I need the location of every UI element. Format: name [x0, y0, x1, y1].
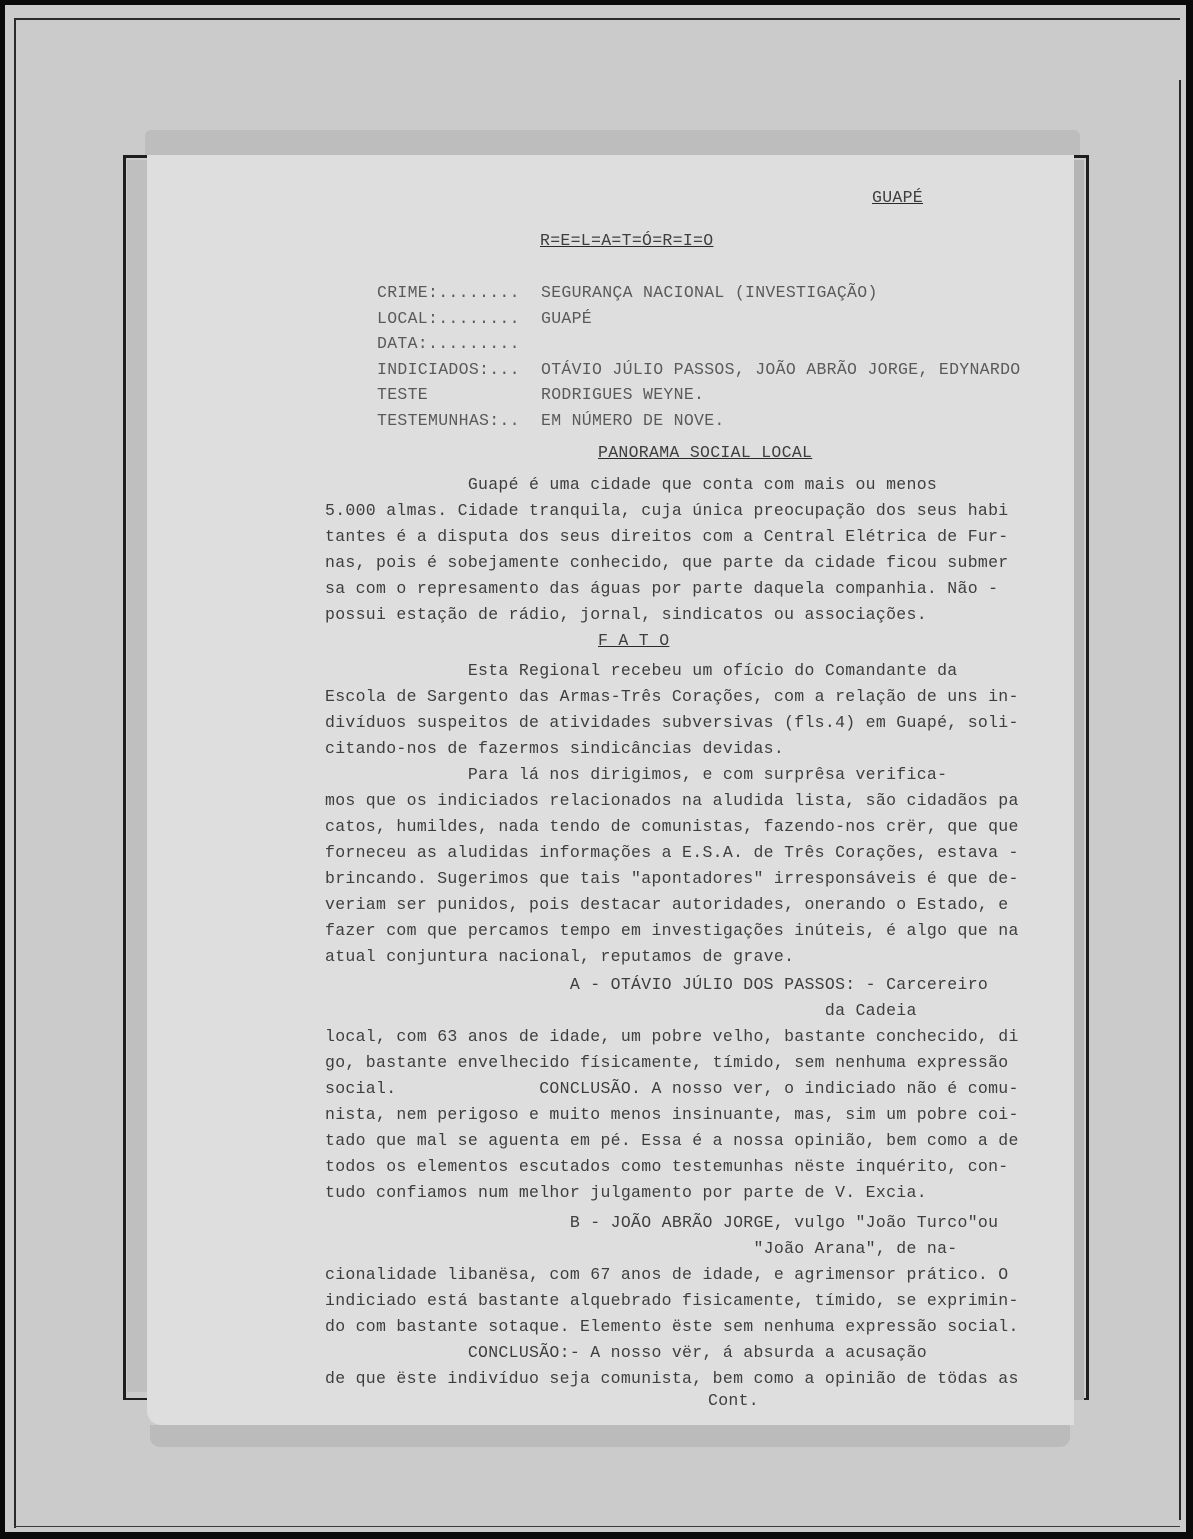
text-line: Esta Regional recebeu um ofício do Coman…	[325, 658, 1019, 684]
text-line: divíduos suspeitos de atividades subvers…	[325, 710, 1019, 736]
inner-frame-stripe	[127, 160, 147, 1392]
text-line: brincando. Sugerimos que tais "apontador…	[325, 866, 1019, 892]
section-b-body: B - JOÃO ABRÃO JORGE, vulgo "João Turco"…	[325, 1210, 1019, 1392]
field-value: GUAPÉ	[541, 306, 592, 332]
field-value: EM NÚMERO DE NOVE.	[541, 408, 725, 434]
frame-border-right	[1179, 80, 1181, 1520]
text-line: social. CONCLUSÃO. A nosso ver, o indici…	[325, 1076, 1019, 1102]
field-label: INDICIADOS:...	[377, 357, 520, 383]
text-line: Guapé é uma cidade que conta com mais ou…	[325, 472, 1009, 498]
text-line: indiciado está bastante alquebrado fisic…	[325, 1288, 1019, 1314]
text-line: 5.000 almas. Cidade tranquila, cuja únic…	[325, 498, 1009, 524]
field-label: LOCAL:........	[377, 306, 520, 332]
field-label: TESTE	[377, 382, 428, 408]
field-value: OTÁVIO JÚLIO PASSOS, JOÃO ABRÃO JORGE, E…	[541, 357, 1020, 383]
text-line: catos, humildes, nada tendo de comunista…	[325, 814, 1019, 840]
field-value: RODRIGUES WEYNE.	[541, 382, 704, 408]
field-label: DATA:.........	[377, 331, 520, 357]
text-line: A - OTÁVIO JÚLIO DOS PASSOS: - Carcereir…	[325, 972, 1019, 998]
document-title: R=E=L=A=T=Ó=R=I=O	[540, 228, 713, 254]
heading-panorama: PANORAMA SOCIAL LOCAL	[598, 440, 812, 466]
fato-body: Esta Regional recebeu um ofício do Coman…	[325, 658, 1019, 970]
text-line: "João Arana", de na-	[325, 1236, 1019, 1262]
text-line: da Cadeia	[325, 998, 1019, 1024]
heading-fato: F A T O	[598, 628, 669, 654]
frame-border-bottom	[14, 1526, 1180, 1527]
text-line: mos que os indiciados relacionados na al…	[325, 788, 1019, 814]
paper-shadow-top	[145, 130, 1080, 155]
text-line: nas, pois é sobejamente conhecido, que p…	[325, 550, 1009, 576]
text-line: do com bastante sotaque. Elemento ëste s…	[325, 1314, 1019, 1340]
text-line: todos os elementos escutados como testem…	[325, 1154, 1019, 1180]
text-line: fazer com que percamos tempo em investig…	[325, 918, 1019, 944]
text-line: tantes é a disputa dos seus direitos com…	[325, 524, 1009, 550]
text-line: nista, nem perigoso e muito menos insinu…	[325, 1102, 1019, 1128]
section-a-body: A - OTÁVIO JÚLIO DOS PASSOS: - Carcereir…	[325, 972, 1019, 1206]
text-line: tudo confiamos num melhor julgamento por…	[325, 1180, 1019, 1206]
text-line: atual conjuntura nacional, reputamos de …	[325, 944, 1019, 970]
text-line: citando-nos de fazermos sindicâncias dev…	[325, 736, 1019, 762]
text-line: CONCLUSÃO:- A nosso vër, á absurda a acu…	[325, 1340, 1019, 1366]
text-line: B - JOÃO ABRÃO JORGE, vulgo "João Turco"…	[325, 1210, 1019, 1236]
text-line: sa com o represamento das águas por part…	[325, 576, 1009, 602]
text-line: go, bastante envelhecido físicamente, tí…	[325, 1050, 1019, 1076]
field-label: TESTEMUNHAS:..	[377, 408, 520, 434]
header-location: GUAPÉ	[872, 185, 923, 211]
field-value: SEGURANÇA NACIONAL (INVESTIGAÇÃO)	[541, 280, 878, 306]
text-line: Para lá nos dirigimos, e com surprêsa ve…	[325, 762, 1019, 788]
paper-shadow-bottom	[150, 1425, 1070, 1447]
text-line: forneceu as aludidas informações a E.S.A…	[325, 840, 1019, 866]
frame-border-top	[14, 18, 1180, 20]
continuation-mark: Cont.	[708, 1388, 759, 1414]
frame-border-left	[14, 18, 16, 1528]
field-label: CRIME:........	[377, 280, 520, 306]
text-line: cionalidade libanësa, com 67 anos de ida…	[325, 1262, 1019, 1288]
text-line: veriam ser punidos, pois destacar autori…	[325, 892, 1019, 918]
text-line: de que ëste indivíduo seja comunista, be…	[325, 1366, 1019, 1392]
panorama-body: Guapé é uma cidade que conta com mais ou…	[325, 472, 1009, 628]
text-line: Escola de Sargento das Armas-Três Coraçõ…	[325, 684, 1019, 710]
inner-frame-stripe-right	[1074, 160, 1084, 1400]
text-line: local, com 63 anos de idade, um pobre ve…	[325, 1024, 1019, 1050]
text-line: possui estação de rádio, jornal, sindica…	[325, 602, 1009, 628]
text-line: tado que mal se aguenta em pé. Essa é a …	[325, 1128, 1019, 1154]
